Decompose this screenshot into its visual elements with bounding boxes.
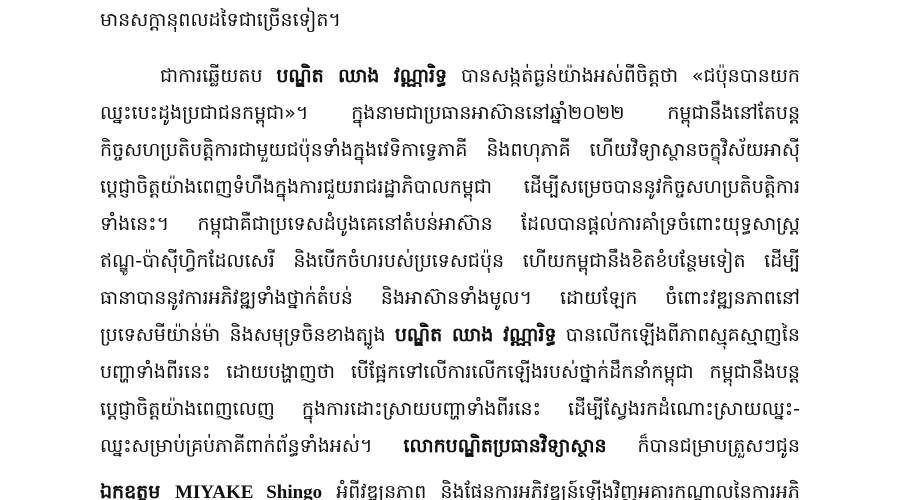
text-line-13: ឯកឧត្តម MIYAKE Shingo អំពីវឌ្ឍនភាព និងផែ…: [100, 480, 800, 500]
text-segment: មានសក្តានុពលដទៃជាច្រើនទៀត។: [100, 9, 341, 31]
text-line-9: ប្រទេសមីយ៉ាន់ម៉ា និងសមុទ្រចិនខាងត្បូង បណ…: [100, 323, 800, 347]
person-name-bold: បណ្ឌិត ឈាង វណ្ណារិទ្ធ: [276, 65, 447, 87]
text-segment: បញ្ហាទាំងពីរនេះ ដោយបង្ហាញថា បើផ្អែកទៅលើក…: [100, 361, 800, 383]
text-line-5: ប្តេជ្ញាចិត្តយ៉ាងពេញទំហឹងក្នុងការជួយរាជរ…: [100, 175, 800, 199]
text-segment: ប្តេជ្ញាចិត្តយ៉ាងពេញលេញ ក្នុងការដោះស្រាយ…: [100, 398, 800, 420]
text-segment: ឥណ្ឌូ-ប៉ាស៊ីហ្វិកដែលសេរី និងបើកចំហរបស់ប្…: [100, 250, 800, 272]
text-line-4: កិច្ចសហប្រតិបត្តិការជាមួយជប៉ុនទាំងក្នុងវ…: [100, 138, 800, 162]
text-segment: ធានាបាននូវការអភិវឌ្ឍទាំងថ្នាក់តំបន់ និងអ…: [100, 287, 800, 309]
text-segment: ឈ្នះសម្រាប់គ្រប់ភាគីពាក់ព័ន្ធទាំងអស់។: [100, 435, 403, 457]
document-page: មានសក្តានុពលដទៃជាច្រើនទៀត។ ជាការឆ្លើយតប …: [0, 0, 900, 500]
honorific-bold: ឯកឧត្តម: [100, 481, 175, 500]
text-line-6: ទាំងនេះ។ កម្ពុជាគឺជាប្រទេសដំបូងគេនៅតំបន់…: [100, 212, 800, 236]
text-segment: ក៏បានជម្រាបត្រួសៗជូន: [607, 435, 800, 457]
text-line-12: ឈ្នះសម្រាប់គ្រប់ភាគីពាក់ព័ន្ធទាំងអស់។ លោ…: [100, 434, 800, 458]
text-segment: កិច្ចសហប្រតិបត្តិការជាមួយជប៉ុនទាំងក្នុងវ…: [100, 139, 800, 161]
title-bold: លោកបណ្ឌិតប្រធានវិទ្យាស្ថាន: [403, 435, 606, 457]
text-segment: បានលើកឡើងពីភាពស្មុគស្មាញនៃ: [556, 324, 800, 346]
text-segment: ឈ្នះបេះដូងប្រជាជនកម្ពុជា»។ ក្នុងនាមជាប្រ…: [100, 102, 800, 124]
text-line-10: បញ្ហាទាំងពីរនេះ ដោយបង្ហាញថា បើផ្អែកទៅលើក…: [100, 360, 800, 384]
text-line-11: ប្តេជ្ញាចិត្តយ៉ាងពេញលេញ ក្នុងការដោះស្រាយ…: [100, 397, 800, 421]
text-segment: ប្តេជ្ញាចិត្តយ៉ាងពេញទំហឹងក្នុងការជួយរាជរ…: [100, 176, 800, 198]
text-line-1: មានសក្តានុពលដទៃជាច្រើនទៀត។: [100, 8, 800, 32]
text-line-2: ជាការឆ្លើយតប បណ្ឌិត ឈាង វណ្ណារិទ្ធ បានសង…: [160, 64, 800, 88]
text-line-3: ឈ្នះបេះដូងប្រជាជនកម្ពុជា»។ ក្នុងនាមជាប្រ…: [100, 101, 800, 125]
text-segment: បានសង្កត់ធ្ងន់យ៉ាងអស់ពីចិត្តថា «ជប៉ុនបាន…: [447, 65, 800, 87]
text-segment: ទាំងនេះ។ កម្ពុជាគឺជាប្រទេសដំបូងគេនៅតំបន់…: [100, 213, 800, 235]
text-segment: ប្រទេសមីយ៉ាន់ម៉ា និងសមុទ្រចិនខាងត្បូង: [100, 324, 395, 346]
text-segment: អំពីវឌ្ឍនភាព និងផែនការអភិវឌ្ឍន៍ឡើងវិញអគា…: [322, 481, 800, 500]
person-name-bold: បណ្ឌិត ឈាង វណ្ណារិទ្ធ: [395, 324, 557, 346]
ambassador-name: MIYAKE Shingo: [175, 482, 322, 500]
text-line-7: ឥណ្ឌូ-ប៉ាស៊ីហ្វិកដែលសេរី និងបើកចំហរបស់ប្…: [100, 249, 800, 273]
text-segment: ជាការឆ្លើយតប: [160, 65, 276, 87]
text-line-8: ធានាបាននូវការអភិវឌ្ឍទាំងថ្នាក់តំបន់ និងអ…: [100, 286, 800, 310]
